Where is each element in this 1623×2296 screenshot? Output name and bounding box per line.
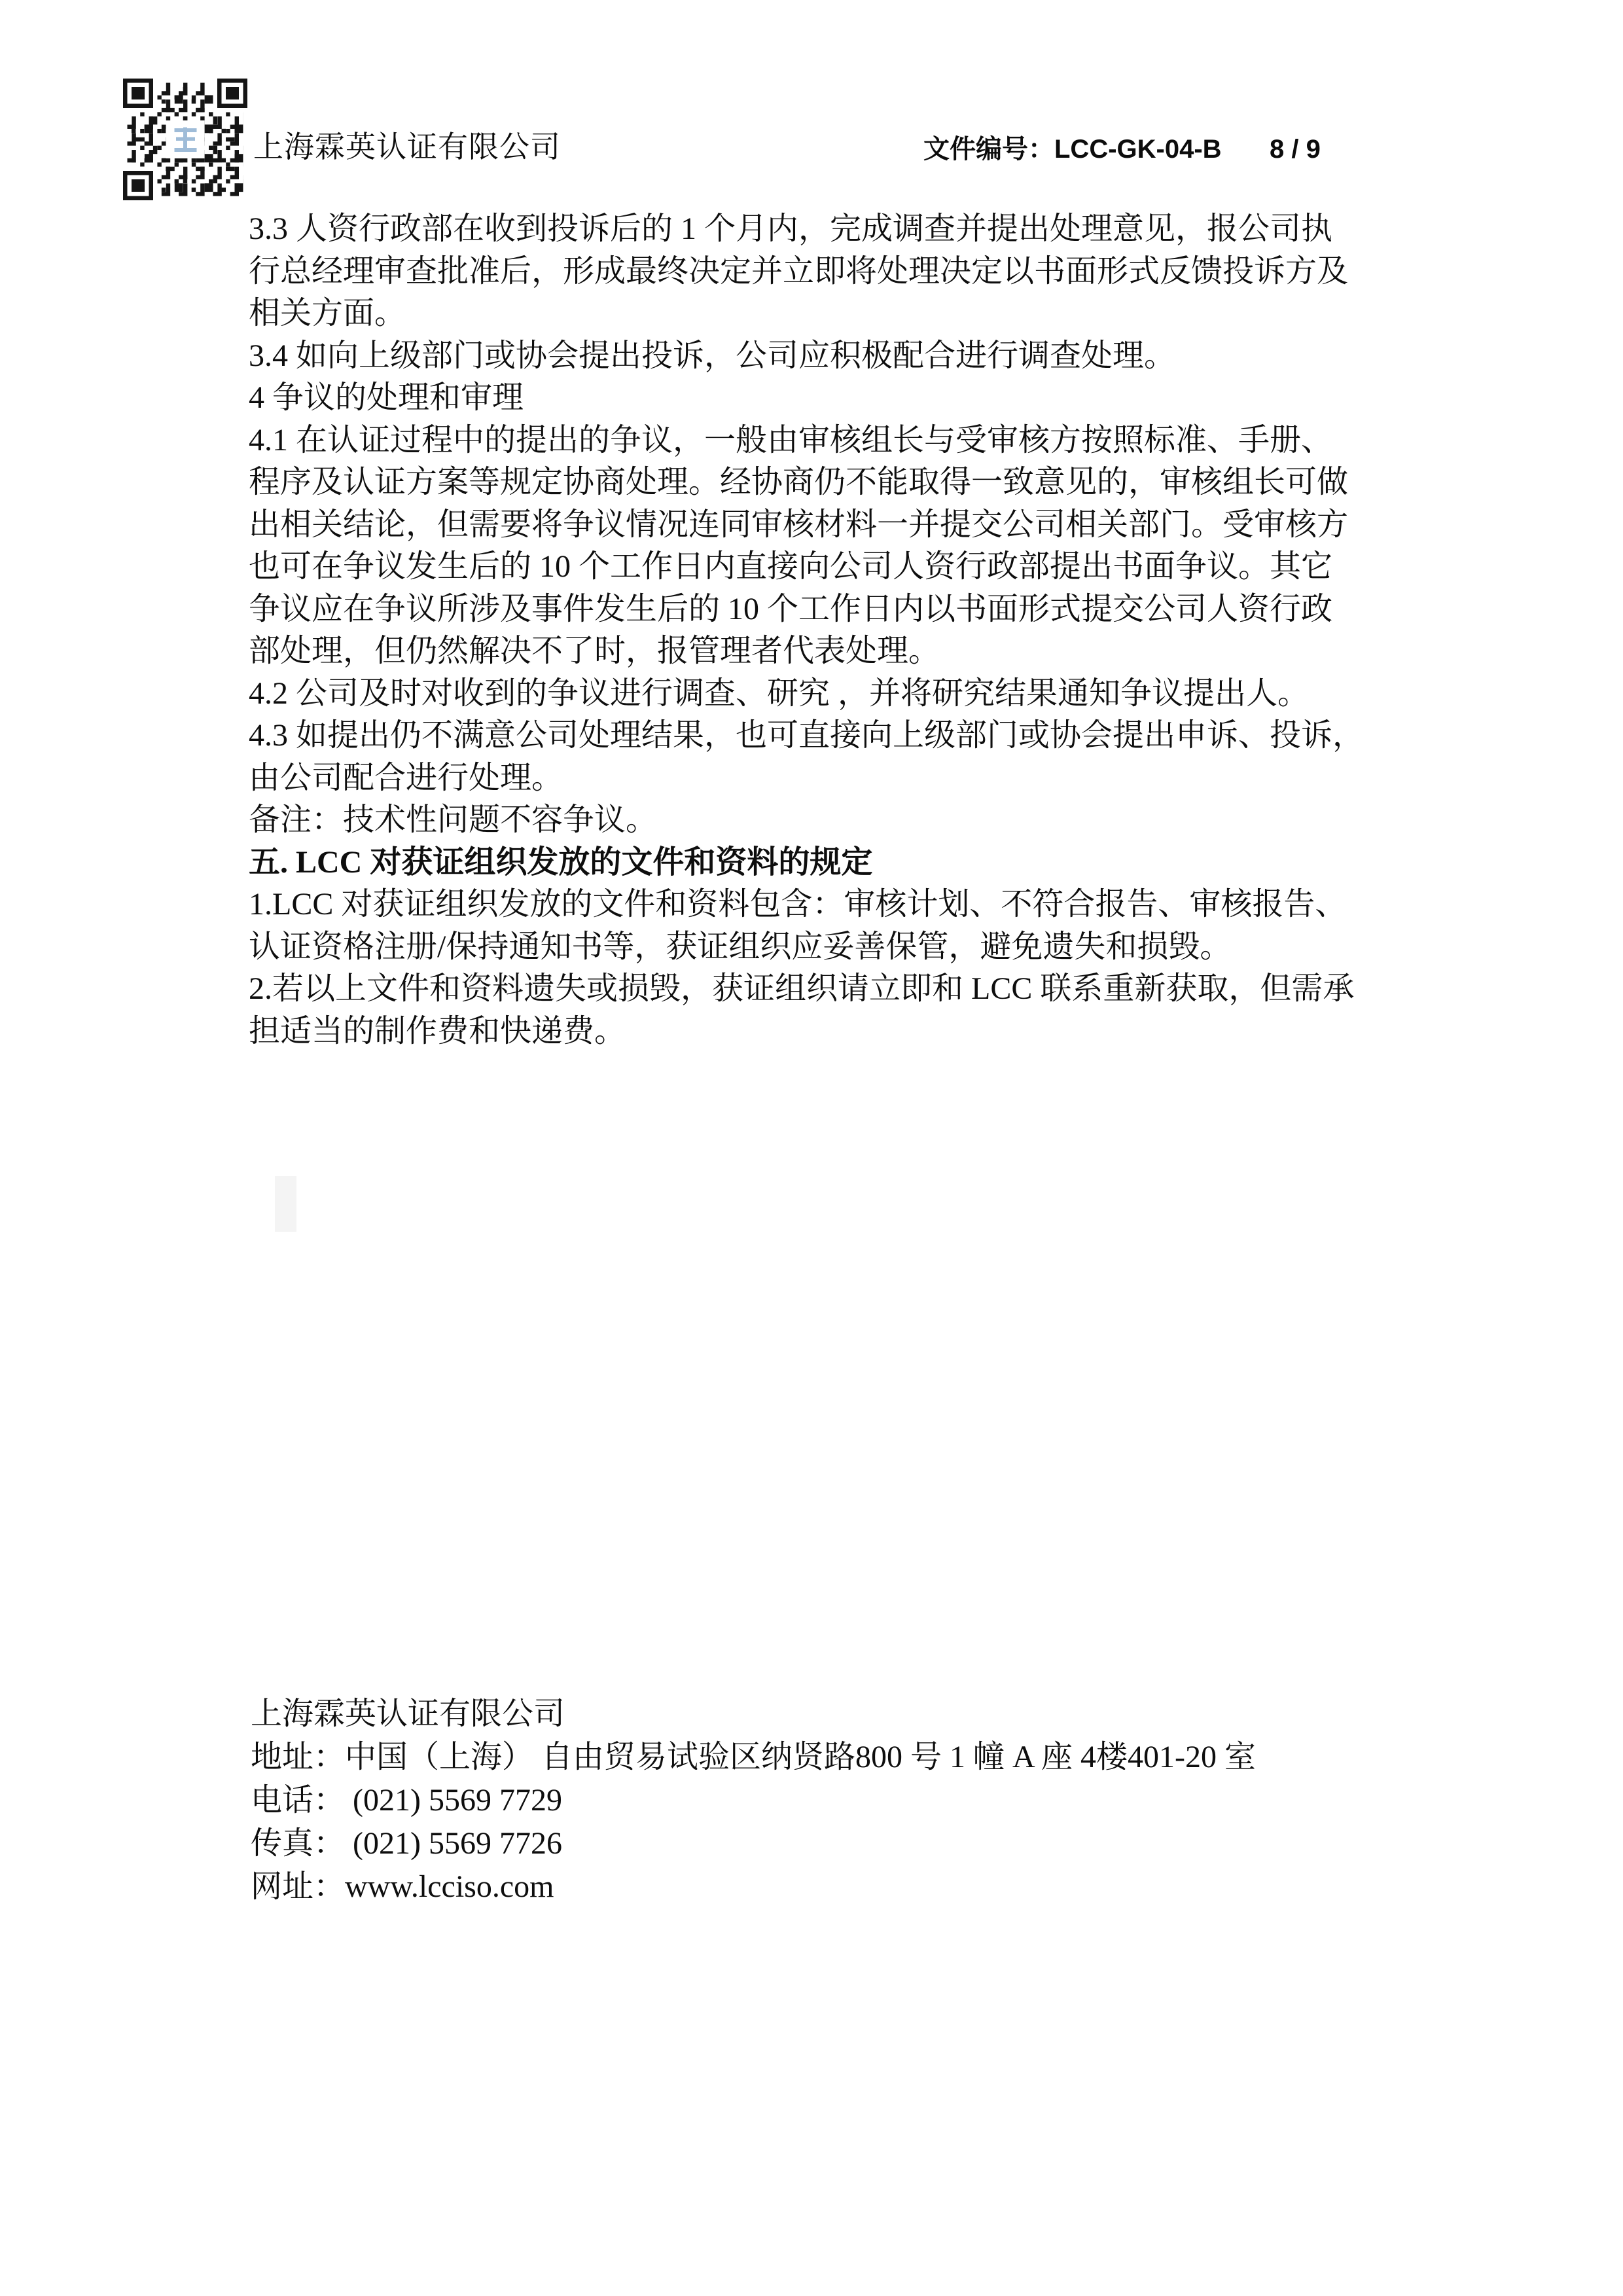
body-line: 2.若以上文件和资料遗失或损毁，获证组织请立即和 LCC 联系重新获取，但需承 (249, 968, 1381, 1011)
page-indicator: 8 / 9 (1270, 132, 1321, 166)
body-line: 出相关结论，但需要将争议情况连同审核材料一并提交公司相关部门。受审核方 (249, 504, 1381, 547)
body-line: 4.2 公司及时对收到的争议进行调查、研究 ，并将研究结果通知争议提出人。 (249, 673, 1381, 715)
doc-number: 文件编号：LCC-GK-04-B (923, 132, 1222, 166)
body-line: 4.1 在认证过程中的提出的争议，一般由审核组长与受审核方按照标准、手册、 (249, 420, 1381, 462)
page-footer: 上海霖英认证有限公司 地址：中国（上海） 自由贸易试验区纳贤路800 号 1 幢… (251, 1693, 1383, 1909)
body-line: 1.LCC 对获证组织发放的文件和资料包含：审核计划、不符合报告、审核报告、 (249, 884, 1381, 926)
body-line: 程序及认证方案等规定协商处理。经协商仍不能取得一致意见的，审核组长可做 (249, 461, 1381, 504)
body-line: 也可在争议发生后的 10 个工作日内直接向公司人资行政部提出书面争议。其它 (249, 546, 1381, 588)
body-line: 由公司配合进行处理。 (249, 757, 1381, 800)
doc-number-value: LCC-GK-04-B (1054, 135, 1222, 164)
body-line: 争议应在争议所涉及事件发生后的 10 个工作日内以书面形式提交公司人资行政 (249, 588, 1381, 631)
footer-company-name: 上海霖英认证有限公司 (251, 1693, 1383, 1736)
body-line: 4.3 如提出仍不满意公司处理结果，也可直接向上级部门或协会提出申诉、投诉， (249, 715, 1381, 757)
document-page: 上海霖英认证有限公司 文件编号：LCC-GK-04-B 8 / 9 3.3 人资… (0, 0, 1623, 2296)
qr-code-icon (123, 79, 247, 200)
body-line: 部处理，但仍然解决不了时，报管理者代表处理。 (249, 630, 1381, 673)
header-company-name: 上海霖英认证有限公司 (253, 127, 561, 166)
footer-address: 地址：中国（上海） 自由贸易试验区纳贤路800 号 1 幢 A 座 4楼401-… (251, 1736, 1383, 1779)
body-line: 认证资格注册/保持通知书等，获证组织应妥善保管，避免遗失和损毁。 (249, 926, 1381, 969)
body-line: 担适当的制作费和快递费。 (249, 1011, 1381, 1053)
doc-number-label: 文件编号： (923, 135, 1054, 164)
section-heading: 五. LCC 对获证组织发放的文件和资料的规定 (249, 842, 1381, 884)
footer-website: 网址：www.lcciso.com (251, 1865, 1383, 1909)
body-line: 备注：技术性问题不容争议。 (249, 799, 1381, 842)
document-body: 3.3 人资行政部在收到投诉后的 1 个月内，完成调查并提出处理意见，报公司执 … (249, 208, 1381, 1052)
footer-fax: 传真： (021) 5569 7726 (251, 1822, 1383, 1865)
body-line: 3.4 如向上级部门或协会提出投诉，公司应积极配合进行调查处理。 (249, 335, 1381, 378)
body-line: 行总经理审查批准后，形成最终决定并立即将处理决定以书面形式反馈投诉方及 (249, 251, 1381, 293)
body-line: 相关方面。 (249, 293, 1381, 335)
body-line: 4 争议的处理和审理 (249, 377, 1381, 420)
scan-artifact (275, 1176, 296, 1232)
body-line: 3.3 人资行政部在收到投诉后的 1 个月内，完成调查并提出处理意见，报公司执 (249, 208, 1381, 251)
footer-phone: 电话： (021) 5569 7729 (251, 1779, 1383, 1822)
